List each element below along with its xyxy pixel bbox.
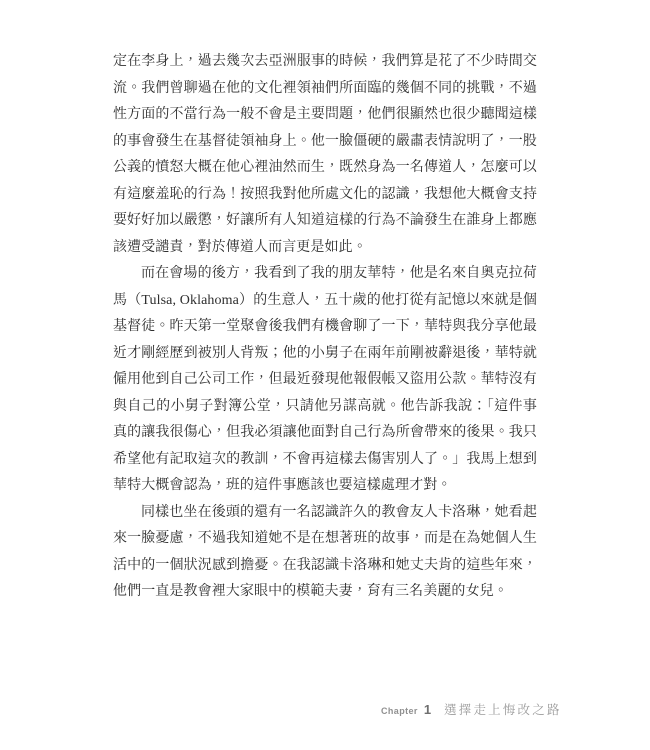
chapter-title: 選擇走上悔改之路 [444, 700, 562, 718]
paragraph-2: 而在會場的後方，我看到了我的朋友華特，他是名來自奧克拉荷馬（Tulsa, Okl… [113, 261, 537, 500]
paragraph-1: 定在李身上，過去幾次去亞洲服事的時候，我們算是花了不少時間交流。我們曾聊過在他的… [113, 49, 537, 261]
chapter-label: Chapter [381, 706, 418, 716]
chapter-number: 1 [424, 702, 431, 717]
book-page: 定在李身上，過去幾次去亞洲服事的時候，我們算是花了不少時間交流。我們曾聊過在他的… [0, 0, 650, 750]
body-text: 定在李身上，過去幾次去亞洲服事的時候，我們算是花了不少時間交流。我們曾聊過在他的… [113, 49, 537, 606]
paragraph-3: 同樣也坐在後頭的還有一名認識許久的教會友人卡洛琳，她看起來一臉憂慮，不過我知道她… [113, 500, 537, 606]
page-footer: Chapter 1 選擇走上悔改之路 [381, 700, 562, 718]
